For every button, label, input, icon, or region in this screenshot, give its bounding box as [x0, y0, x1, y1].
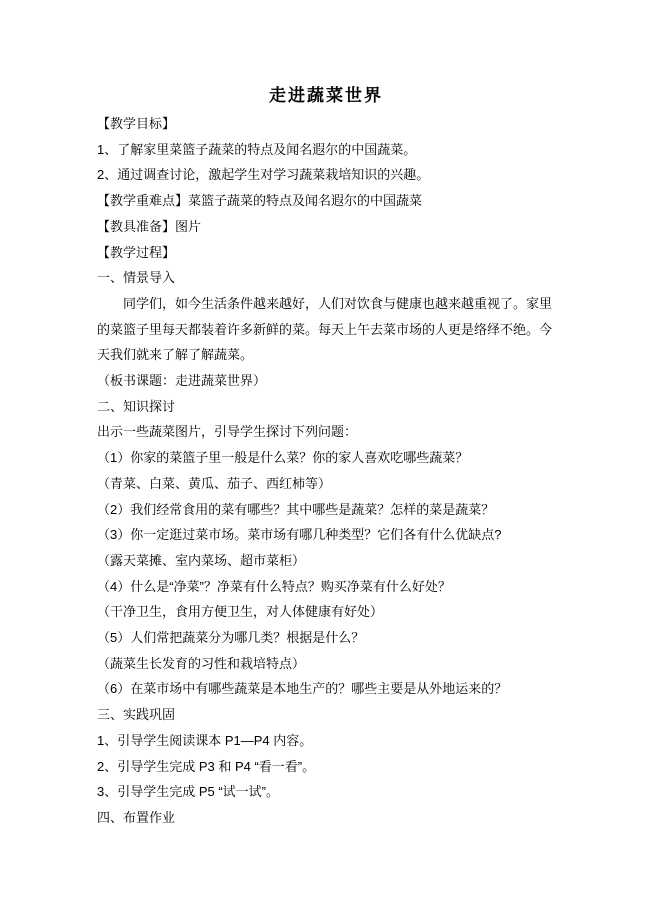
doc-paragraph: 【教学目标】 — [97, 111, 555, 137]
doc-paragraph: （6）在菜市场中有哪些蔬菜是本地生产的？哪些主要是从外地运来的？ — [97, 676, 555, 702]
doc-paragraph: （2）我们经常食用的菜有哪些？其中哪些是蔬菜？怎样的菜是蔬菜？ — [97, 497, 555, 523]
doc-paragraph: 【教具准备】图片 — [97, 214, 555, 240]
doc-paragraph: 【教学重难点】菜篮子蔬菜的特点及闻名遐尔的中国蔬菜 — [97, 188, 555, 214]
doc-paragraph: 1、引导学生阅读课本 P1—P4 内容。 — [97, 728, 555, 754]
doc-paragraph: 3、引导学生完成 P5 “试一试”。 — [97, 779, 555, 805]
doc-paragraph: 2、通过调查讨论，激起学生对学习蔬菜栽培知识的兴趣。 — [97, 162, 555, 188]
doc-body: 【教学目标】1、了解家里菜篮子蔬菜的特点及闻名遐尔的中国蔬菜。2、通过调查讨论，… — [97, 111, 555, 831]
doc-paragraph: 2、引导学生完成 P3 和 P4 “看一看”。 — [97, 754, 555, 780]
doc-paragraph: （3）你一定逛过菜市场。菜市场有哪几种类型？它们各有什么优缺点? — [97, 522, 555, 548]
doc-paragraph: （蔬菜生长发育的习性和栽培特点） — [97, 651, 555, 677]
doc-paragraph: （板书课题：走进蔬菜世界） — [97, 368, 555, 394]
document-page: 走进蔬菜世界 【教学目标】1、了解家里菜篮子蔬菜的特点及闻名遐尔的中国蔬菜。2、… — [0, 0, 650, 919]
doc-paragraph: （干净卫生，食用方便卫生，对人体健康有好处） — [97, 599, 555, 625]
doc-paragraph: 同学们，如今生活条件越来越好，人们对饮食与健康也越来越重视了。家里的菜篮子里每天… — [97, 291, 555, 368]
doc-paragraph: 四、布置作业 — [97, 805, 555, 831]
doc-paragraph: 1、了解家里菜篮子蔬菜的特点及闻名遐尔的中国蔬菜。 — [97, 137, 555, 163]
doc-paragraph: 出示一些蔬菜图片，引导学生探讨下列问题： — [97, 419, 555, 445]
doc-paragraph: 三、实践巩固 — [97, 702, 555, 728]
doc-title: 走进蔬菜世界 — [97, 84, 555, 108]
doc-paragraph: 二、知识探讨 — [97, 394, 555, 420]
doc-paragraph: 【教学过程】 — [97, 240, 555, 266]
doc-paragraph: （1）你家的菜篮子里一般是什么菜？你的家人喜欢吃哪些蔬菜？ — [97, 445, 555, 471]
doc-paragraph: 一、情景导入 — [97, 265, 555, 291]
doc-paragraph: （5）人们常把蔬菜分为哪几类？根据是什么？ — [97, 625, 555, 651]
doc-paragraph: （露天菜摊、室内菜场、超市菜柜） — [97, 548, 555, 574]
doc-paragraph: （青菜、白菜、黄瓜、茄子、西红柿等） — [97, 471, 555, 497]
doc-paragraph: （4）什么是“净菜”？净菜有什么特点？购买净菜有什么好处？ — [97, 574, 555, 600]
